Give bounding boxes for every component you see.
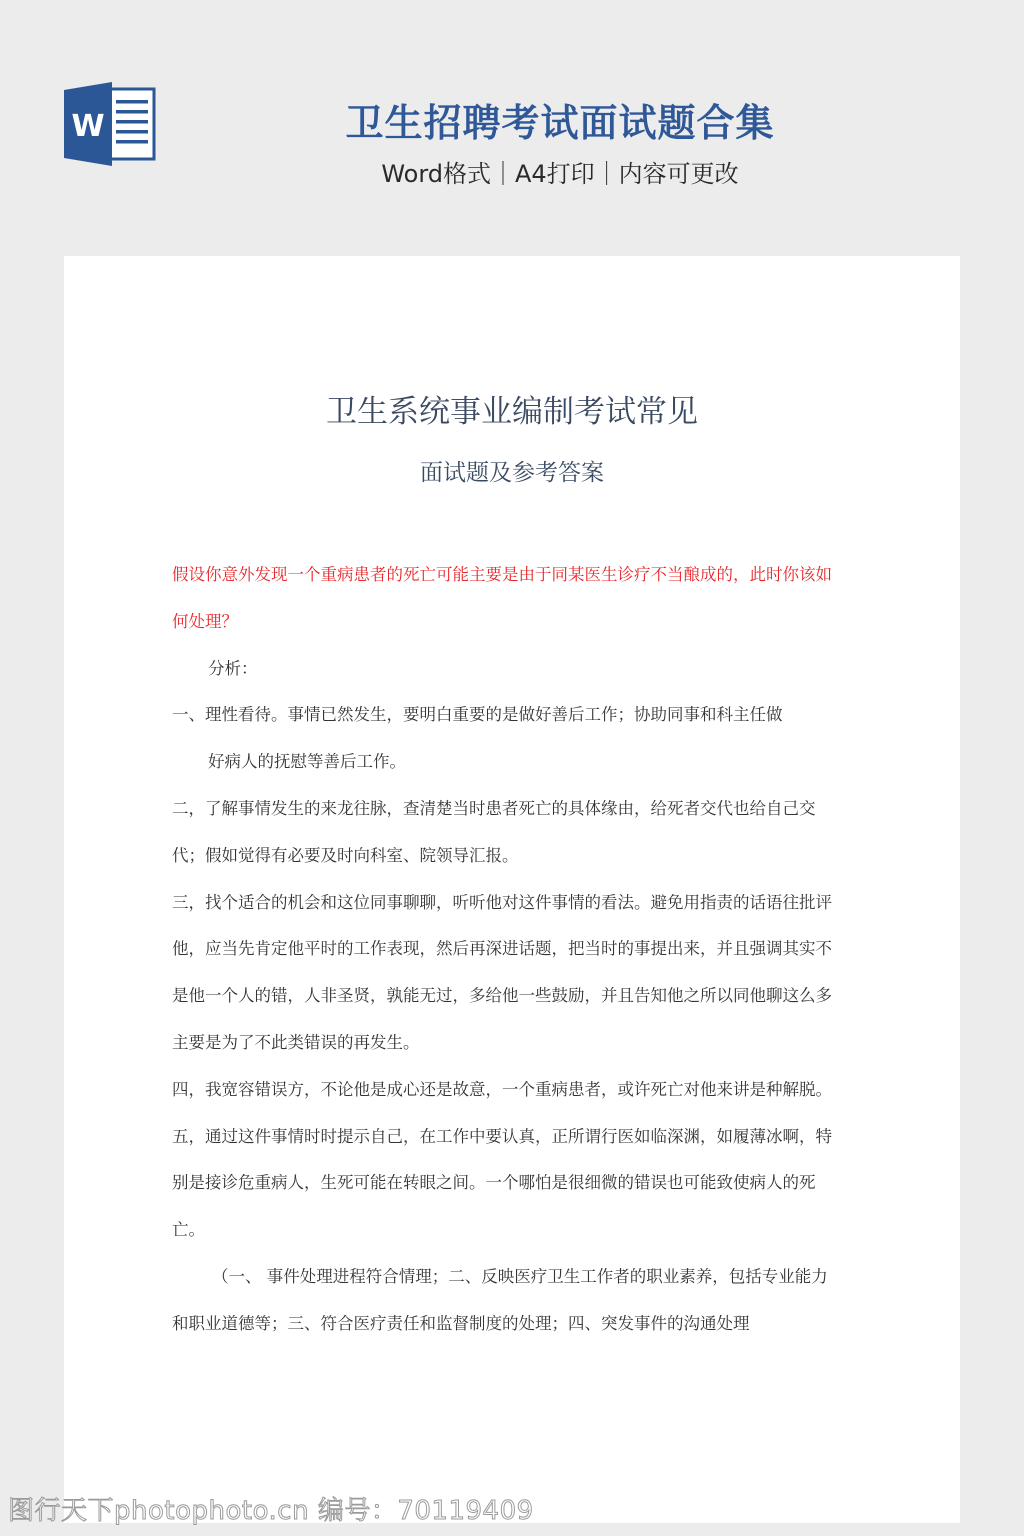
- header-subtitle: Word格式｜A4打印｜内容可更改: [300, 154, 820, 189]
- point-2: 二，了解事情发生的来龙往脉，查清楚当时患者死亡的具体缘由，给死者交代也给自己交代…: [172, 786, 844, 880]
- analysis-label: 分析：: [172, 646, 844, 693]
- summary-paragraph: （一、 事件处理进程符合情理；二、反映医疗卫生工作者的职业素养，包括专业能力和职…: [172, 1254, 844, 1348]
- point-4: 四，我宽容错误方，不论他是成心还是故意，一个重病患者，或许死亡对他来讲是种解脱。: [172, 1067, 844, 1114]
- point-5: 五，通过这件事情时时提示自己，在工作中要认真，正所谓行医如临深渊，如履薄冰啊，特…: [172, 1114, 844, 1254]
- point-1-line-1: 一、理性看待。事情已然发生，要明白重要的是做好善后工作；协助同事和科主任做: [172, 692, 844, 739]
- watermark-text: 图行天下photophoto.cn 编号：70119409: [8, 1490, 534, 1527]
- document-body: 假设你意外发现一个重病患者的死亡可能主要是由于同某医生诊疗不当酿成的，此时你该如…: [172, 552, 844, 1348]
- header-banner: W 卫生招聘考试面试题合集 Word格式｜A4打印｜内容可更改: [0, 0, 1024, 256]
- point-3: 三，找个适合的机会和这位同事聊聊，听听他对这件事情的看法。避免用指责的话语往批评…: [172, 880, 844, 1067]
- document-subtitle: 面试题及参考答案: [64, 454, 960, 487]
- point-1-line-2: 好病人的抚慰等善后工作。: [172, 739, 844, 786]
- document-page: 卫生系统事业编制考试常见 面试题及参考答案 假设你意外发现一个重病患者的死亡可能…: [64, 256, 960, 1523]
- svg-text:W: W: [71, 109, 104, 144]
- word-doc-icon: W: [64, 80, 156, 166]
- document-title: 卫生系统事业编制考试常见: [64, 386, 960, 431]
- interview-question: 假设你意外发现一个重病患者的死亡可能主要是由于同某医生诊疗不当酿成的，此时你该如…: [172, 552, 844, 646]
- header-title: 卫生招聘考试面试题合集: [300, 92, 820, 147]
